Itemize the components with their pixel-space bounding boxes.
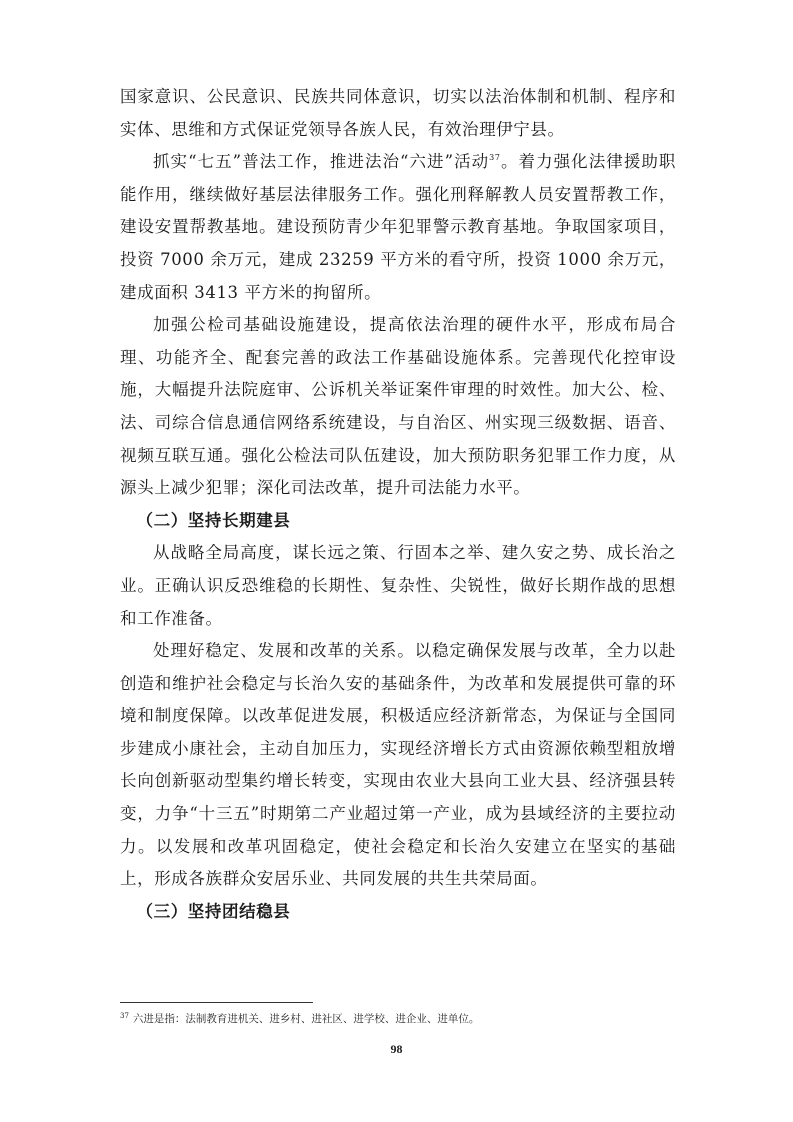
paragraph-text: 。着力强化法律援助职能作用，继续做好基层法律服务工作。强化刑释解教人员安置帮教工…: [120, 152, 676, 301]
paragraph-text: 抓实“七五”普法工作，推进法治“六进”活动: [153, 152, 489, 171]
paragraph-legal-education: 抓实“七五”普法工作，推进法治“六进”活动37。着力强化法律援助职能作用，继续做…: [120, 146, 676, 309]
section-heading-unity: （三）坚持团结稳县: [120, 896, 676, 929]
paragraph-strategy: 从战略全局高度，谋长远之策、行固本之举、建久安之势、成长治之业。正确认识反恐维稳…: [120, 537, 676, 635]
document-body: 国家意识、公民意识、民族共同体意识，切实以法治体制和机制、程序和实体、思维和方式…: [120, 81, 676, 928]
footnote-reference[interactable]: 37: [489, 153, 500, 162]
paragraph-continuation: 国家意识、公民意识、民族共同体意识，切实以法治体制和机制、程序和实体、思维和方式…: [120, 81, 676, 146]
paragraph-stability-development: 处理好稳定、发展和改革的关系。以稳定确保发展与改革，全力以赴创造和维护社会稳定与…: [120, 635, 676, 896]
section-heading-long-term: （二）坚持长期建县: [120, 505, 676, 538]
footnote: 37六进是指：法制教育进机关、进乡村、进社区、进学校、进企业、进单位。: [120, 1011, 479, 1027]
footnote-text: 六进是指：法制教育进机关、进乡村、进社区、进学校、进企业、进单位。: [133, 1013, 480, 1025]
footnote-number: 37: [120, 1012, 129, 1020]
paragraph-infrastructure: 加强公检司基础设施建设，提高依法治理的硬件水平，形成布局合理、功能齐全、配套完善…: [120, 309, 676, 505]
footnote-divider: [120, 1002, 313, 1003]
page-number: 98: [0, 1042, 793, 1057]
